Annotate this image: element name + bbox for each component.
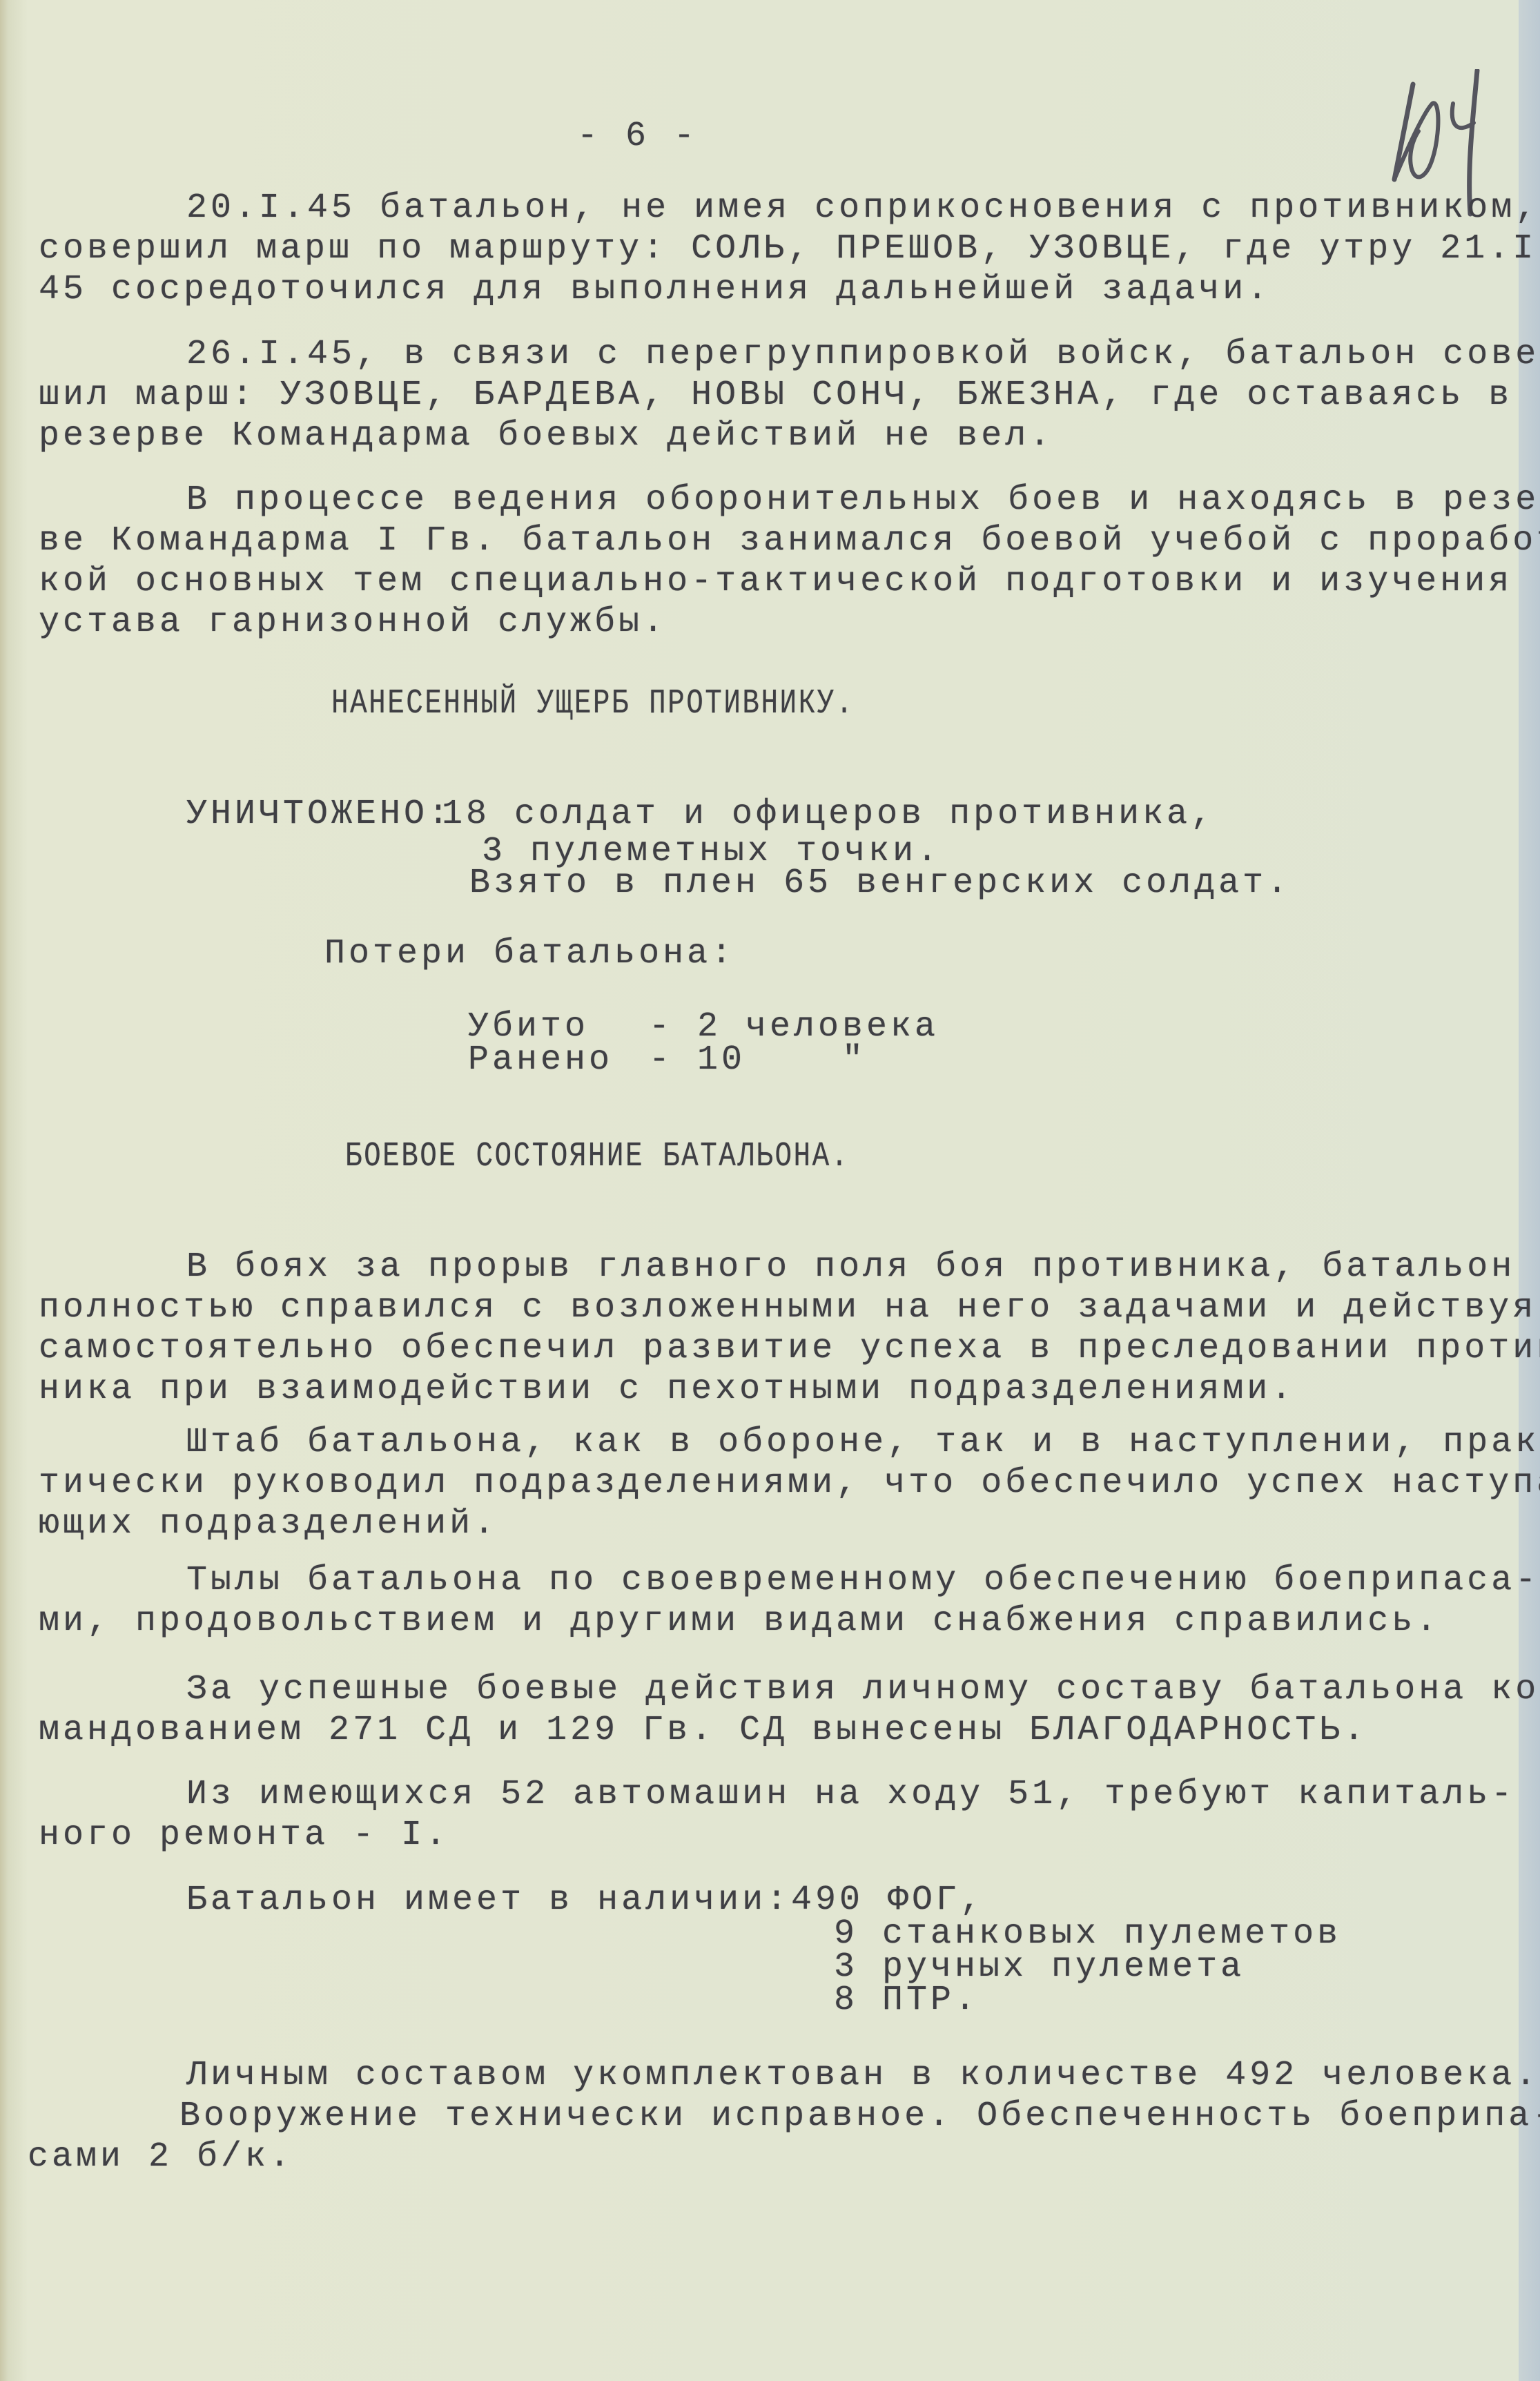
paragraph-line: шил марш: УЗОВЦЕ, БАРДЕВА, НОВЫ СОНЧ, БЖ…: [39, 375, 1512, 416]
paragraph-line: В процессе ведения оборонительных боев и…: [186, 480, 1540, 521]
paragraph-line: ми, продовольствием и другими видами сна…: [39, 1601, 1440, 1642]
paragraph-line: ющих подразделений.: [39, 1504, 498, 1544]
paragraph-line: устава гарнизонной службы.: [39, 602, 667, 643]
paragraph-line: Личным составом укомплектован в количест…: [186, 2055, 1539, 2096]
loss-label: Ранено: [468, 1040, 613, 1080]
losses-label: Потери батальона:: [324, 933, 735, 974]
paragraph-line: Тылы батальона по своевременному обеспеч…: [186, 1560, 1539, 1601]
inventory-label: Батальон имеет в наличии:: [186, 1880, 790, 1921]
paragraph-line: Штаб батальона, как в обороне, так и в н…: [186, 1422, 1540, 1463]
paragraph-line: совершил марш по маршруту: СОЛЬ, ПРЕШОВ,…: [39, 229, 1540, 269]
paragraph-line: 20.I.45 батальон, не имея соприкосновени…: [186, 188, 1539, 229]
paragraph-line: полностью справился с возложенными на не…: [39, 1287, 1537, 1328]
paragraph-line: сами 2 б/к.: [28, 2137, 293, 2177]
paragraph-line: ного ремонта - I.: [39, 1815, 449, 1856]
paragraph-line: Из имеющихся 52 автомашин на ходу 51, тр…: [186, 1774, 1515, 1815]
inventory-item: 8 ПТР.: [834, 1980, 979, 2021]
paragraph-line: В боях за прорыв главного поля боя проти…: [186, 1247, 1515, 1287]
paragraph-line: ве Командарма I Гв. батальон занимался б…: [39, 521, 1540, 561]
paragraph-line: кой основных тем специально-тактической …: [39, 561, 1512, 602]
destroyed-item: 18 солдат и офицеров противника,: [442, 794, 1215, 835]
section-heading-damage: НАНЕСЕННЫЙ УЩЕРБ ПРОТИВНИКУ.: [331, 683, 855, 724]
paragraph-line: самостоятельно обеспечил развитие успеха…: [39, 1328, 1540, 1369]
paragraph-line: резерве Командарма боевых действий не ве…: [39, 416, 1053, 456]
paragraph-line: мандованием 271 СД и 129 Гв. СД вынесены…: [39, 1710, 1367, 1751]
page-number: - 6 -: [577, 116, 698, 157]
destroyed-label: УНИЧТОЖЕНО:: [186, 794, 452, 835]
loss-value: - 10 ": [649, 1040, 866, 1080]
paragraph-line: 45 сосредоточился для выполнения дальней…: [39, 269, 1271, 310]
paragraph-line: 26.I.45, в связи с перегруппировкой войс…: [186, 334, 1540, 375]
paragraph-line: Вооружение технически исправное. Обеспеч…: [179, 2096, 1540, 2137]
paragraph-line: За успешные боевые действия личному сост…: [186, 1669, 1540, 1710]
paragraph-line: ника при взаимодействии с пехотными подр…: [39, 1369, 1295, 1410]
paragraph-line: тически руководил подразделениями, что о…: [39, 1463, 1540, 1504]
section-heading-combat-state: БОЕВОЕ СОСТОЯНИЕ БАТАЛЬОНА.: [345, 1136, 850, 1177]
destroyed-item: Взято в плен 65 венгерских солдат.: [469, 863, 1291, 904]
